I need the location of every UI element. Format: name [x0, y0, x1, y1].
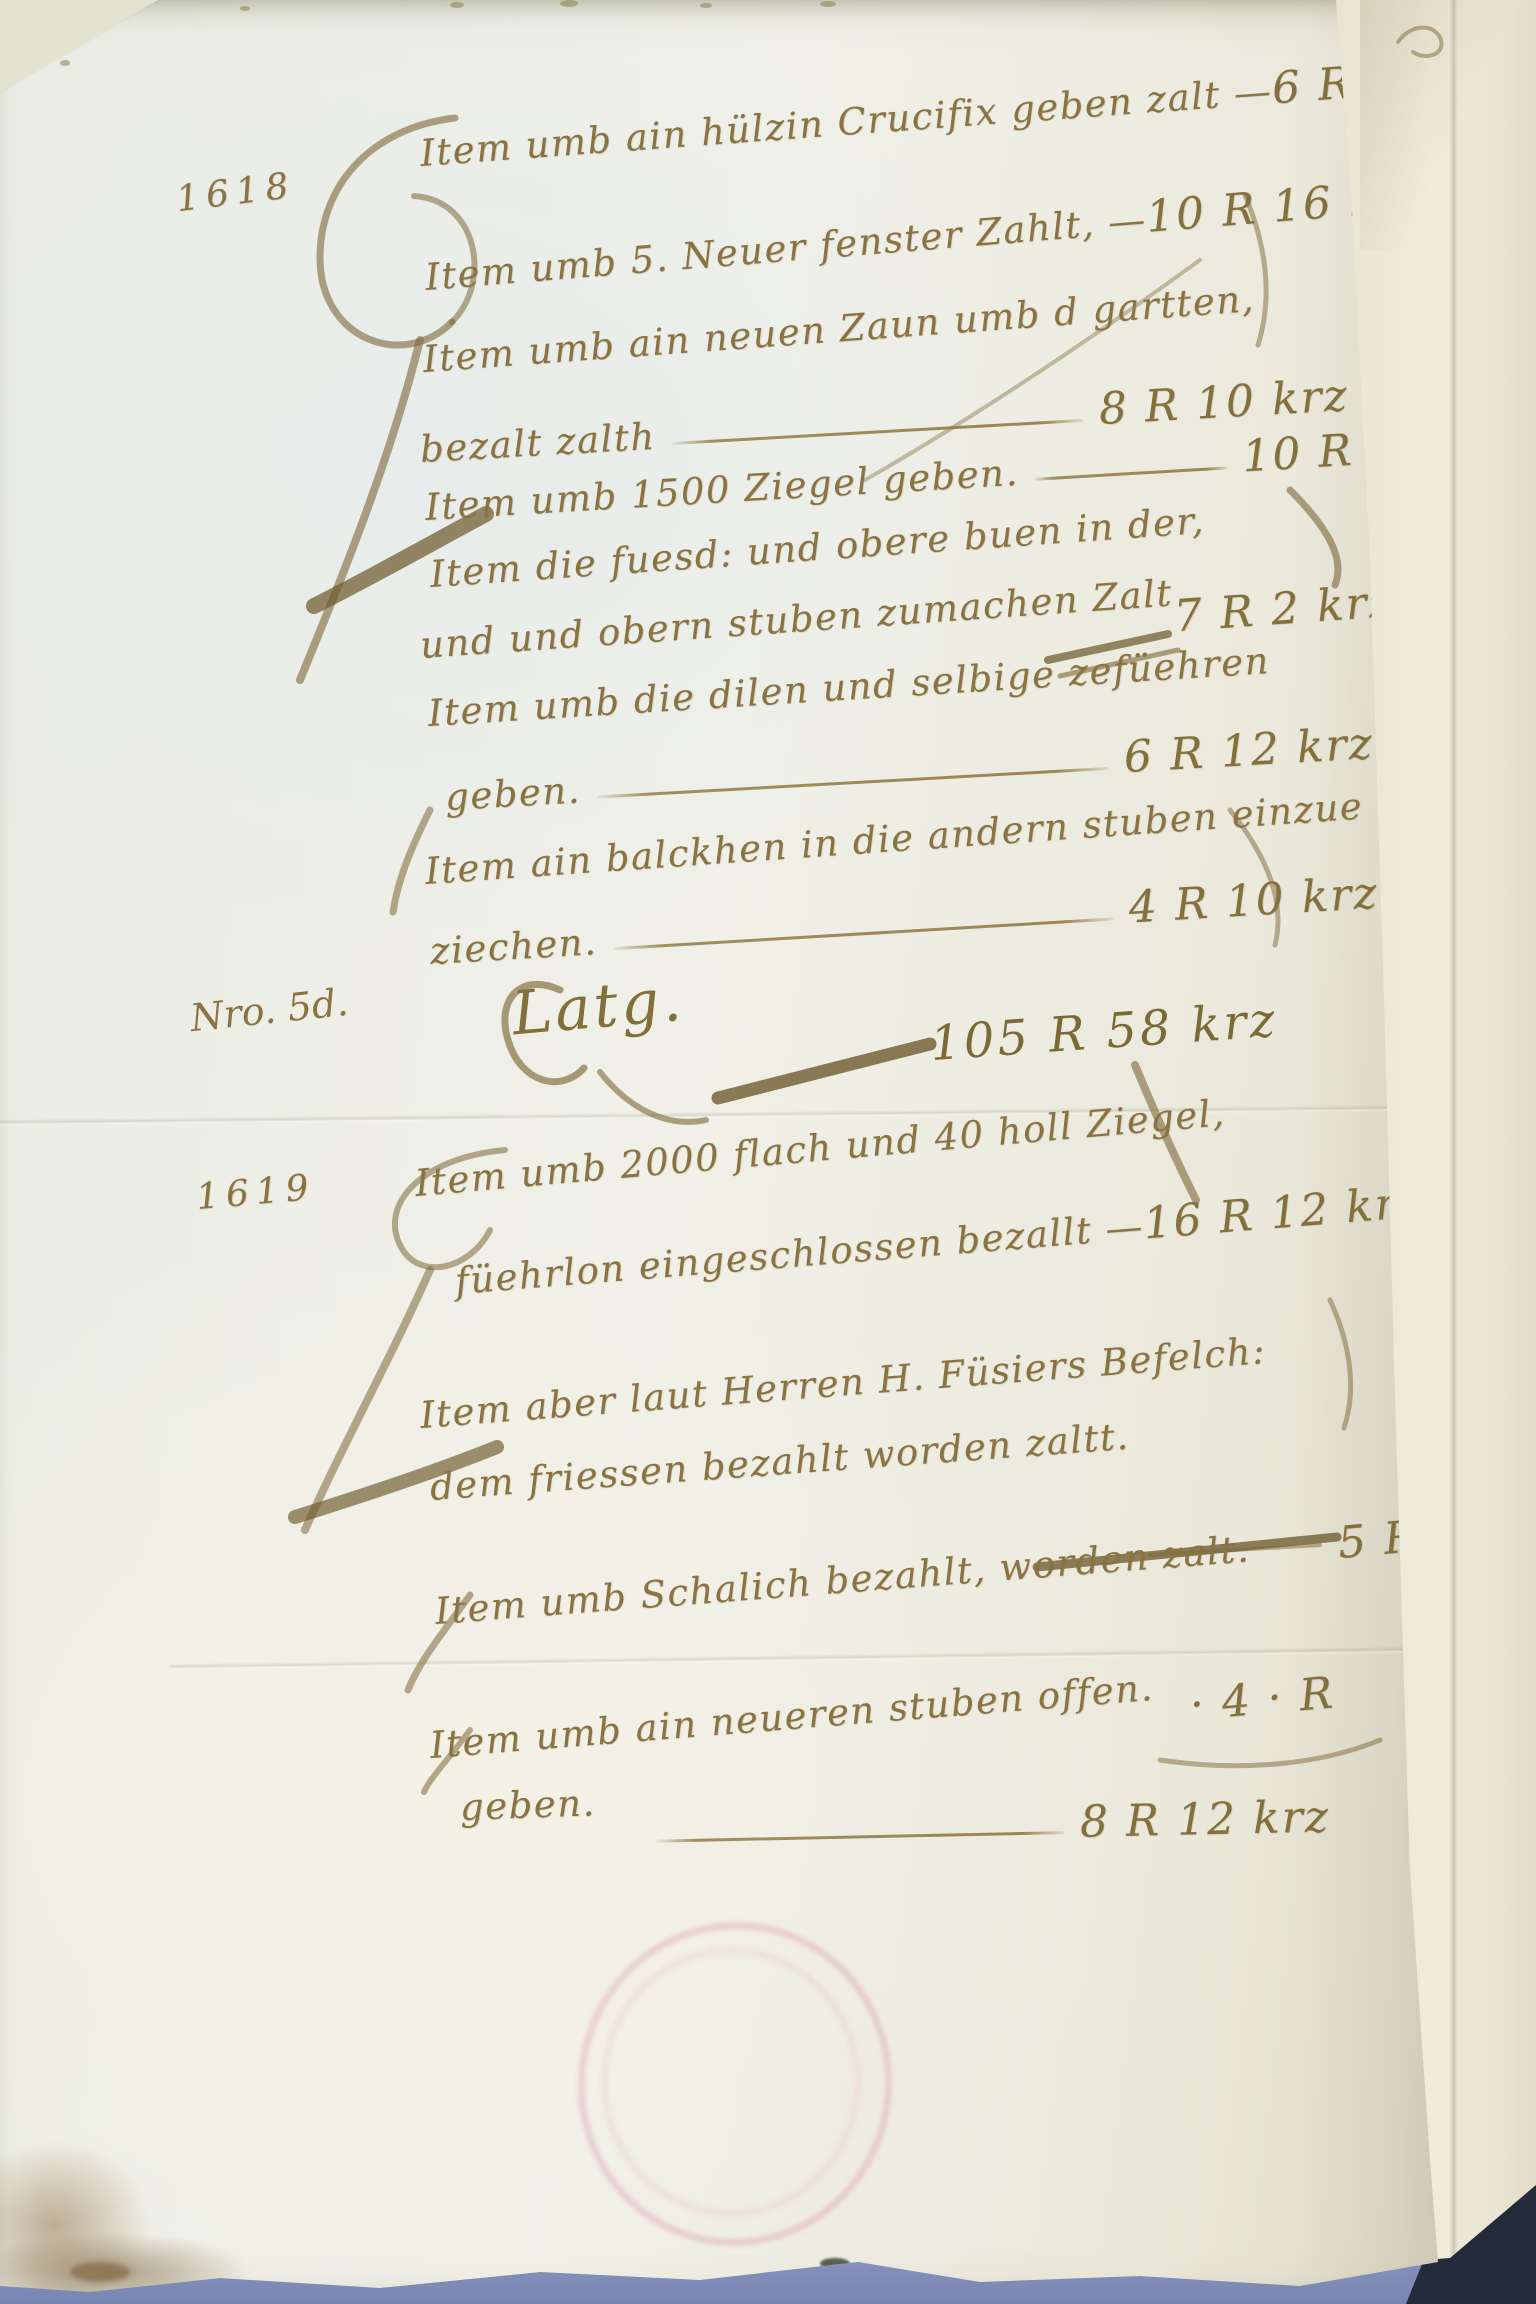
entry-text: ziechen.	[429, 920, 599, 973]
entry-text: geben.	[459, 1781, 596, 1829]
edge-speck	[240, 6, 250, 11]
entry-text: geben.	[444, 768, 582, 819]
manuscript-photo: 1618 Item umb ain hülzin Crucifix geben …	[0, 0, 1536, 2304]
latus-sum-label: Latg.	[509, 965, 687, 1050]
entry-amount: 8 R 12 krz	[1079, 1792, 1330, 1848]
edge-speck	[700, 3, 712, 8]
edge-speck	[450, 2, 464, 8]
facing-page-crease	[1448, 0, 1458, 2304]
faint-stamp-circle-inner	[602, 1948, 860, 2216]
edge-speck	[560, 0, 578, 7]
ledger-entry-line: geben.	[459, 1781, 596, 1829]
ink-rule	[656, 1831, 1064, 1843]
entry-amount: 10 R	[1241, 425, 1355, 482]
facing-page-fold	[1360, 0, 1536, 250]
ink-rule	[1035, 466, 1227, 480]
edge-speck	[60, 60, 70, 66]
manuscript-page: 1618 Item umb ain hülzin Crucifix geben …	[0, 0, 1536, 2304]
foxing-stain	[70, 2262, 130, 2282]
edge-speck	[820, 1, 836, 7]
